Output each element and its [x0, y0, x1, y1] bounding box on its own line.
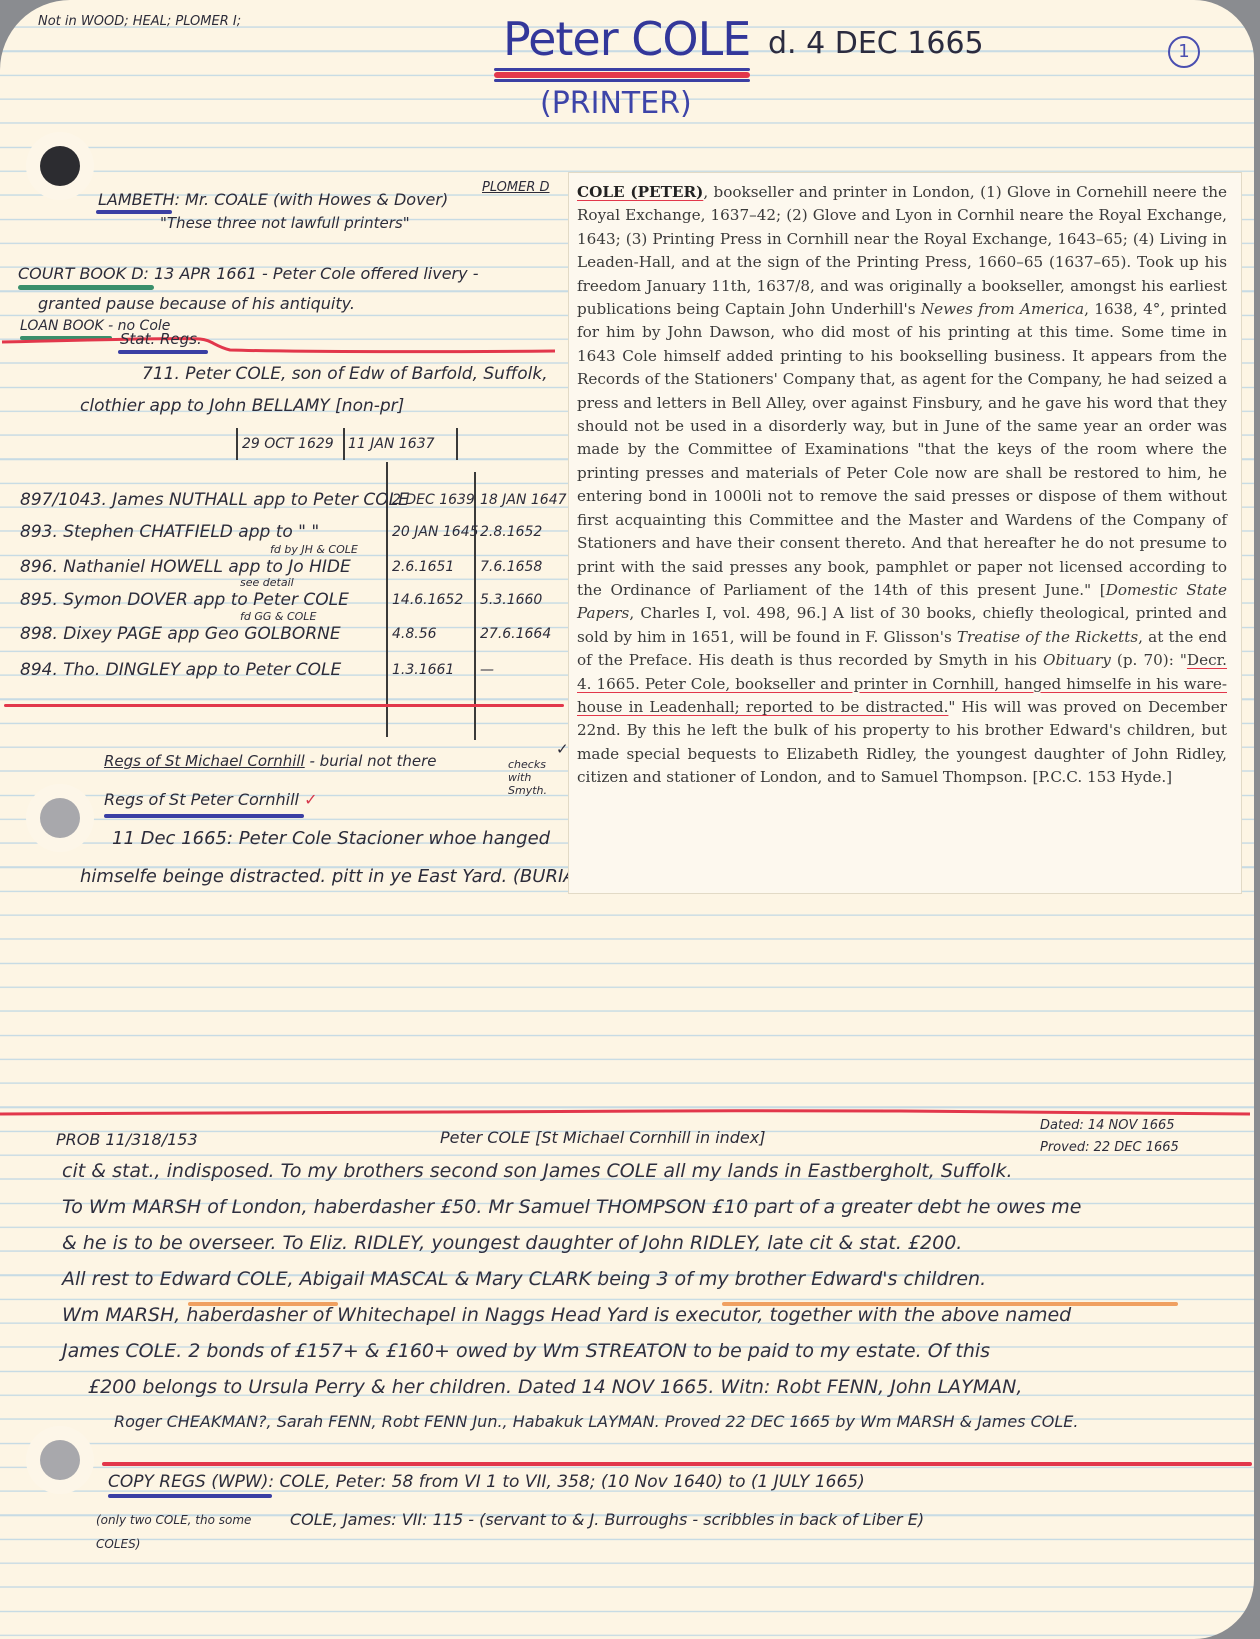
- apprentice-freed-date: —: [480, 662, 494, 678]
- apprentice-bound-date: 2.6.1651: [392, 559, 454, 575]
- stat-regs-label: Stat. Regs.: [120, 330, 202, 348]
- entry-711-bound: 29 OCT 1629: [242, 436, 334, 452]
- clipping-body: (p. 70): ": [1111, 651, 1187, 669]
- clipping-body: , 1638, 4°, printed for him by John Daws…: [577, 300, 1227, 599]
- printed-clipping: COLE (PETER), bookseller and printer in …: [568, 172, 1242, 894]
- will-title: Peter COLE [St Michael Cornhill in index…: [440, 1128, 765, 1147]
- sources-note: Not in WOOD; HEAL; PLOMER I;: [38, 14, 241, 29]
- will-line: Roger CHEAKMAN?, Sarah FENN, Robt FENN J…: [114, 1412, 1078, 1431]
- highlight-underline: [188, 1302, 338, 1306]
- will-proved: Proved: 22 DEC 1665: [1040, 1140, 1179, 1155]
- will-line: James COLE. 2 bonds of £157+ & £160+ owe…: [62, 1340, 990, 1362]
- apprentice-note: see detail: [240, 576, 294, 589]
- copy-regs-underline: [108, 1494, 272, 1498]
- apprentice-entry: 896. Nathaniel HOWELL app to Jo HIDE: [20, 557, 351, 577]
- copy-regs-label: COPY REGS (WPW): [108, 1472, 268, 1492]
- court-book-label: COURT BOOK D: [18, 264, 144, 283]
- will-line: To Wm MARSH of London, haberdasher £50. …: [62, 1196, 1082, 1218]
- apprentice-entry: 897/1043. James NUTHALL app to Peter COL…: [20, 490, 409, 510]
- entry-711-line1: 711. Peter COLE, son of Edw of Barfold, …: [142, 364, 548, 384]
- apprentice-entry: 894. Tho. DINGLEY app to Peter COLE: [20, 660, 341, 680]
- will-reference: PROB 11/318/153: [56, 1130, 198, 1149]
- clipping-title-ref: Obituary: [1043, 651, 1111, 669]
- punch-hole: [40, 146, 80, 186]
- table-column-rule: [474, 472, 476, 740]
- apprentice-note: fd by JH & COLE: [270, 543, 358, 556]
- punch-hole: [40, 1440, 80, 1480]
- apprentice-bound-date: 2 DEC 1639: [392, 492, 475, 508]
- plomer-tag: PLOMER D: [482, 180, 550, 195]
- margin-note: checks with Smyth.: [508, 758, 558, 797]
- st-michael-label: Regs of St Michael Cornhill: [104, 752, 305, 770]
- check-icon: ✓: [304, 790, 317, 809]
- section-divider-red: [4, 704, 564, 707]
- table-rule: [236, 428, 238, 460]
- title-underline-blue: [494, 79, 750, 82]
- entry-711-line2: clothier app to John BELLAMY [non-pr]: [80, 396, 404, 416]
- table-rule: [456, 428, 458, 460]
- apprentice-bound-date: 1.3.1661: [392, 662, 454, 678]
- lambeth-label: LAMBETH: [98, 190, 175, 209]
- court-book-text: : 13 APR 1661 - Peter Cole offered liver…: [144, 264, 479, 283]
- punch-hole: [40, 798, 80, 838]
- clipping-body: , bookseller and printer in London, (1) …: [577, 183, 1227, 318]
- apprentice-note: fd GG & COLE: [240, 610, 316, 623]
- will-line: & he is to be overseer. To Eliz. RIDLEY,…: [62, 1232, 962, 1254]
- clipping-text: COLE (PETER), bookseller and printer in …: [577, 181, 1227, 790]
- copy-regs-peter: : COLE, Peter: 58 from VI 1 to VII, 358;…: [268, 1472, 864, 1492]
- occupation: (PRINTER): [540, 86, 692, 121]
- index-card: Not in WOOD; HEAL; PLOMER I; Peter COLE …: [0, 0, 1254, 1639]
- lambeth-entry: LAMBETH: Mr. COALE (with Howes & Dover): [98, 190, 448, 209]
- court-book-entry: COURT BOOK D: 13 APR 1661 - Peter Cole o…: [18, 264, 478, 283]
- lambeth-text: : Mr. COALE (with Howes & Dover): [175, 190, 449, 209]
- burial-line-1: 11 Dec 1665: Peter Cole Stacioner whoe h…: [112, 828, 550, 849]
- burial-line-2: himselfe beinge distracted. pitt in ye E…: [80, 866, 593, 887]
- title-underline-red: [494, 72, 750, 78]
- apprentice-freed-date: 5.3.1660: [480, 592, 542, 608]
- title-underline-blue: [494, 68, 750, 71]
- clipping-title-ref: Newes from America: [921, 300, 1084, 318]
- section-divider-red: [0, 330, 560, 360]
- apprentice-entry: 895. Symon DOVER app to Peter COLE: [20, 590, 349, 610]
- copy-regs-side-note: (only two COLE, tho some COLES): [96, 1508, 256, 1556]
- will-line: Wm MARSH, haberdasher of Whitechapel in …: [62, 1304, 1071, 1326]
- copy-regs-entry: COPY REGS (WPW): COLE, Peter: 58 from VI…: [108, 1472, 865, 1492]
- st-peter-underline: [104, 814, 304, 818]
- copy-regs-james: COLE, James: VII: 115 - (servant to & J.…: [290, 1510, 924, 1529]
- apprentice-bound-date: 14.6.1652: [392, 592, 463, 608]
- highlight-underline: [722, 1302, 1178, 1306]
- stat-regs-underline: [118, 350, 208, 354]
- section-divider-red: [102, 1462, 1252, 1466]
- st-peter-label: Regs of St Peter Cornhill: [104, 790, 299, 809]
- clipping-title-ref: Treatise of the Ricketts: [957, 628, 1138, 646]
- page-title: Peter COLE: [503, 12, 750, 66]
- will-line: All rest to Edward COLE, Abigail MASCAL …: [62, 1268, 986, 1290]
- clipping-heading: COLE (PETER): [577, 183, 703, 201]
- apprentice-freed-date: 27.6.1664: [480, 626, 551, 642]
- court-book-text-2: granted pause because of his antiquity.: [38, 294, 355, 313]
- will-line: cit & stat., indisposed. To my brothers …: [62, 1160, 1013, 1182]
- st-peter-entry: Regs of St Peter Cornhill ✓: [104, 790, 318, 809]
- apprentice-entry: 893. Stephen CHATFIELD app to " ": [20, 522, 319, 542]
- death-date: d. 4 DEC 1665: [768, 26, 984, 61]
- apprentice-bound-date: 20 JAN 1645: [392, 524, 479, 540]
- apprentice-entry: 898. Dixey PAGE app Geo GOLBORNE: [20, 624, 341, 644]
- court-book-underline: [18, 285, 154, 290]
- entry-711-freed: 11 JAN 1637: [348, 436, 435, 452]
- st-michael-entry: Regs of St Michael Cornhill - burial not…: [104, 752, 437, 770]
- st-michael-note: - burial not there: [305, 752, 437, 770]
- table-rule: [343, 428, 345, 460]
- apprentice-freed-date: 7.6.1658: [480, 559, 542, 575]
- apprentice-freed-date: 2.8.1652: [480, 524, 542, 540]
- apprentice-bound-date: 4.8.56: [392, 626, 437, 642]
- check-icon: ✓: [556, 740, 569, 758]
- will-line: £200 belongs to Ursula Perry & her child…: [88, 1376, 1022, 1398]
- lambeth-quote: "These three not lawfull printers": [160, 214, 410, 232]
- will-dated: Dated: 14 NOV 1665: [1040, 1118, 1175, 1133]
- apprentice-freed-date: 18 JAN 1647: [480, 492, 567, 508]
- page-number-badge: 1: [1168, 36, 1200, 68]
